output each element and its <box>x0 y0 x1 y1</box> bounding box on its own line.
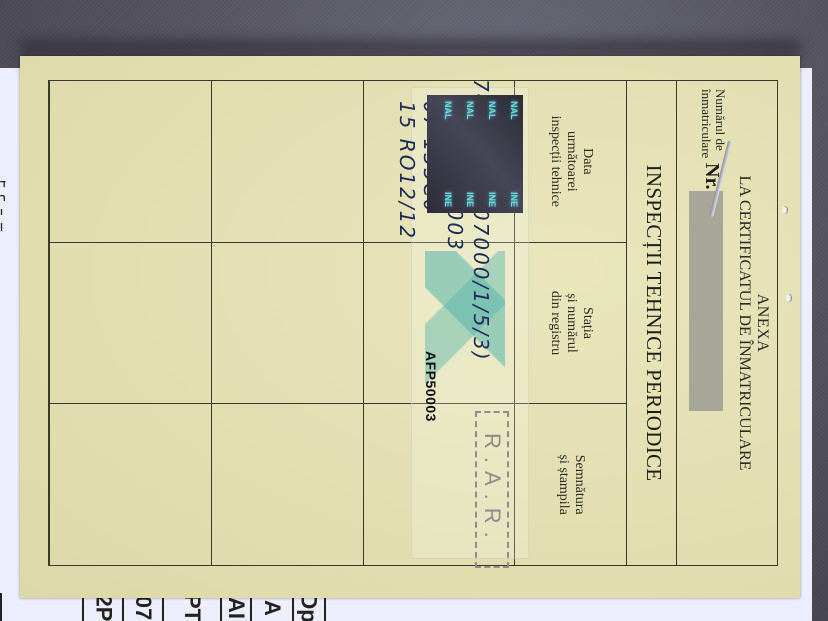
cell-station-register <box>50 242 212 404</box>
cell-station-register <box>212 242 364 404</box>
form-frame: ANEXA LA CERTIFICATUL DE ÎNMATRICULARE N… <box>48 80 778 566</box>
table-row <box>49 81 212 565</box>
cell-signature-stamp <box>212 403 364 565</box>
registration-number-label: Numărul de înmatriculare <box>699 89 727 158</box>
section-title: INSPECȚII TEHNICE PERIODICE <box>632 81 677 565</box>
rar-stamp: R.A.R. <box>475 411 509 568</box>
cell-signature-stamp <box>50 403 212 565</box>
annex-title: ANEXA <box>753 81 771 565</box>
column-header-next-inspection-date: Data următoarei inspecții tehnice <box>515 81 627 242</box>
cell-next-inspection-date <box>212 81 364 242</box>
underlying-paper-edge-text: דרון <box>0 178 10 234</box>
hologram-sticker: NALINE NALINE NALINE NALINE <box>427 95 523 213</box>
cell-next-inspection-date <box>50 81 212 242</box>
redacted-registration-number <box>689 191 723 411</box>
punch-hole <box>782 206 788 214</box>
inspection-annex-card: ANEXA LA CERTIFICATUL DE ÎNMATRICULARE N… <box>20 56 800 598</box>
annex-subtitle: LA CERTIFICATUL DE ÎNMATRICULARE <box>735 81 753 565</box>
inspection-card-wrapper: ANEXA LA CERTIFICATUL DE ÎNMATRICULARE N… <box>20 56 800 598</box>
serial-sticker: AFP50003 <box>423 351 439 422</box>
form-header: ANEXA LA CERTIFICATUL DE ÎNMATRICULARE N… <box>626 81 777 565</box>
table-row <box>211 81 364 565</box>
column-header-signature-stamp: Semnătura și ștampila <box>515 403 627 565</box>
handwriting-line-1: 15 RO12/12 <box>395 101 419 240</box>
column-header-station-register: Stația și numărul din registru <box>515 242 627 404</box>
table-header: Data următoarei inspecții tehnice Stația… <box>514 81 627 565</box>
table-body: NALINE NALINE NALINE NALINE R.A.R. 15 RO… <box>49 81 515 565</box>
punch-hole <box>786 294 792 302</box>
